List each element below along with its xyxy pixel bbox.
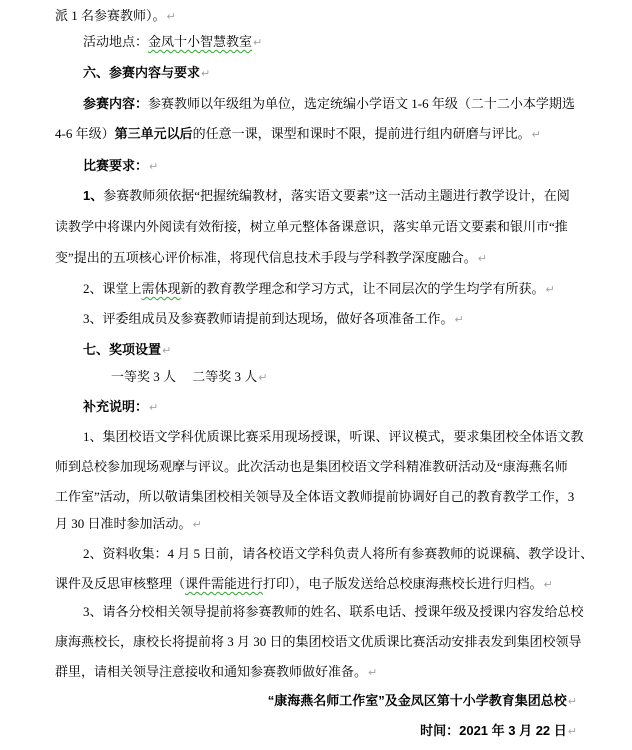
text-run: 3、评委组成员及参赛教师请提前到达现场，做好各项准备工作。 xyxy=(83,311,454,326)
text-line[interactable]: 比赛要求：↵ xyxy=(55,156,577,177)
paragraph-mark-icon: ↵ xyxy=(544,578,553,591)
paragraph-mark-icon: ↵ xyxy=(149,160,158,173)
text-line[interactable]: 师到总校参加现场观摩与评议。此次活动也是集团校语文学科精准教研活动及“康海燕名师 xyxy=(55,457,577,477)
text-run: 派 1 名参赛教师）。 xyxy=(55,8,166,23)
text-run: 参赛教师以年级组为单位，选定统编小学语文 1-6 年级（二十二小本学期选 xyxy=(148,96,575,111)
document-page[interactable]: 派 1 名参赛教师）。↵活动地点：金凤十小智慧教室↵六、参赛内容与要求↵参赛内容… xyxy=(0,0,632,750)
text-line[interactable]: 读教学中将课内外阅读有效衔接，树立单元整体备课意识，落实单元语文要素和银川市“推 xyxy=(55,217,577,237)
text-run: 群里，请相关领导注意接收和通知参赛教师做好准备。 xyxy=(55,664,367,679)
paragraph-mark-icon: ↵ xyxy=(532,128,541,141)
text-run: 活动地点： xyxy=(83,34,148,49)
paragraph-mark-icon: ↵ xyxy=(149,401,158,414)
text-line[interactable]: 参赛内容：参赛教师以年级组为单位，选定统编小学语文 1-6 年级（二十二小本学期… xyxy=(55,94,577,114)
text-run: 六、参赛内容与要求 xyxy=(83,65,200,80)
text-run: 第三单元以后 xyxy=(115,126,193,141)
paragraph-mark-icon: ↵ xyxy=(568,725,577,738)
text-line[interactable]: 2、课堂上需体现新的教育教学理念和学习方式，让不同层次的学生均学有所获。↵ xyxy=(55,279,577,300)
text-run: 读教学中将课内外阅读有效衔接，树立单元整体备课意识，落实单元语文要素和银川市“推 xyxy=(55,219,568,234)
text-run: 月 30 日准时参加活动。 xyxy=(55,516,192,531)
paragraph-mark-icon: ↵ xyxy=(193,518,202,531)
text-line[interactable]: 课件及反思审核整理（课件需能进行打印），电子版发送给总校康海燕校长进行归档。↵ xyxy=(55,574,577,595)
text-line[interactable]: 补充说明：↵ xyxy=(55,397,577,418)
paragraph-mark-icon: ↵ xyxy=(167,10,176,23)
text-run: 补充说明： xyxy=(83,399,148,414)
paragraph-mark-icon: ↵ xyxy=(478,252,487,265)
text-run: 时间：2021 年 3 月 22 日 xyxy=(420,723,567,738)
paragraph-mark-icon: ↵ xyxy=(546,283,555,296)
spellcheck-underlined-text: 金凤十小智慧教室 xyxy=(148,34,252,49)
text-run: 1、 xyxy=(83,188,103,203)
text-run: 参赛教师须依据“把握统编教材，落实语文要素”这一活动主题进行教学设计，在阅 xyxy=(103,188,570,203)
text-line[interactable]: 一等奖 3 人 二等奖 3 人↵ xyxy=(55,367,577,388)
text-line[interactable]: 工作室”活动，所以敬请集团校相关领导及全体语文教师提前协调好自己的教育教学工作，… xyxy=(55,487,577,507)
text-line[interactable]: 变”提出的五项核心评价标准，将现代信息技术手段与学科教学深度融合。↵ xyxy=(55,248,577,269)
text-line[interactable]: 月 30 日准时参加活动。↵ xyxy=(55,514,577,535)
text-line[interactable]: 1、参赛教师须依据“把握统编教材，落实语文要素”这一活动主题进行教学设计，在阅 xyxy=(55,186,577,206)
text-run: 课件及反思审核整理（ xyxy=(55,576,185,591)
text-run: 师到总校参加现场观摩与评议。此次活动也是集团校语文学科精准教研活动及“康海燕名师 xyxy=(55,459,568,474)
spellcheck-underlined-text: 需体现 xyxy=(142,281,181,296)
text-line[interactable]: 康海燕校长，康校长将提前将 3 月 30 日的集团校语文优质课比赛活动安排表发到… xyxy=(55,632,577,652)
text-run: 七、奖项设置 xyxy=(83,342,161,357)
paragraph-mark-icon: ↵ xyxy=(162,344,171,357)
paragraph-mark-icon: ↵ xyxy=(568,695,577,708)
text-run: 工作室”活动，所以敬请集团校相关领导及全体语文教师提前协调好自己的教育教学工作，… xyxy=(55,489,574,504)
text-run: 2、课堂上 xyxy=(83,281,142,296)
text-run: “康海燕名师工作室”及金凤区第十小学教育集团总校 xyxy=(268,693,567,708)
paragraph-mark-icon: ↵ xyxy=(253,36,262,49)
text-line[interactable]: 2、资料收集：4 月 5 日前，请各校语文学科负责人将所有参赛教师的说课稿、教学… xyxy=(55,544,577,564)
text-run: 打印），电子版发送给总校康海燕校长进行归档。 xyxy=(263,576,543,591)
text-line[interactable]: 活动地点：金凤十小智慧教室↵ xyxy=(55,32,577,53)
text-line[interactable]: “康海燕名师工作室”及金凤区第十小学教育集团总校↵ xyxy=(55,691,577,712)
text-run: 康海燕校长，康校长将提前将 3 月 30 日的集团校语文优质课比赛活动安排表发到… xyxy=(55,634,582,649)
text-line[interactable]: 七、奖项设置↵ xyxy=(55,340,577,361)
text-run: 4-6 年级） xyxy=(55,126,115,141)
text-run: 1、集团校语文学科优质课比赛采用现场授课，听课、评议模式，要求集团校全体语文教 xyxy=(83,429,584,444)
text-run: 3、请各分校相关领导提前将参赛教师的姓名、联系电话、授课年级及授课内容发给总校 xyxy=(83,604,584,619)
text-run: 的任意一课，课型和课时不限，提前进行组内研磨与评比。 xyxy=(193,126,531,141)
text-run: 一等奖 3 人 二等奖 3 人 xyxy=(111,369,257,384)
text-line[interactable]: 群里，请相关领导注意接收和通知参赛教师做好准备。↵ xyxy=(55,662,577,683)
paragraph-mark-icon: ↵ xyxy=(368,666,377,679)
text-run: 变”提出的五项核心评价标准，将现代信息技术手段与学科教学深度融合。 xyxy=(55,250,477,265)
text-run: 参赛内容： xyxy=(83,96,148,111)
text-line[interactable]: 1、集团校语文学科优质课比赛采用现场授课，听课、评议模式，要求集团校全体语文教 xyxy=(55,427,577,447)
spellcheck-underlined-text: 课件需能进行 xyxy=(185,576,263,591)
text-line[interactable]: 六、参赛内容与要求↵ xyxy=(55,63,577,84)
text-line[interactable]: 3、请各分校相关领导提前将参赛教师的姓名、联系电话、授课年级及授课内容发给总校 xyxy=(55,602,577,622)
text-line[interactable]: 时间：2021 年 3 月 22 日↵ xyxy=(55,721,577,742)
paragraph-mark-icon: ↵ xyxy=(258,371,267,384)
paragraph-mark-icon: ↵ xyxy=(455,313,464,326)
text-run: 比赛要求： xyxy=(83,158,148,173)
text-run: 2、资料收集：4 月 5 日前，请各校语文学科负责人将所有参赛教师的说课稿、教学… xyxy=(83,546,593,561)
text-run: 新的教育教学理念和学习方式，让不同层次的学生均学有所获。 xyxy=(181,281,545,296)
paragraph-mark-icon: ↵ xyxy=(201,67,210,80)
text-line[interactable]: 派 1 名参赛教师）。↵ xyxy=(55,6,577,27)
text-line[interactable]: 4-6 年级）第三单元以后的任意一课，课型和课时不限，提前进行组内研磨与评比。↵ xyxy=(55,124,577,145)
text-line[interactable]: 3、评委组成员及参赛教师请提前到达现场，做好各项准备工作。↵ xyxy=(55,309,577,330)
